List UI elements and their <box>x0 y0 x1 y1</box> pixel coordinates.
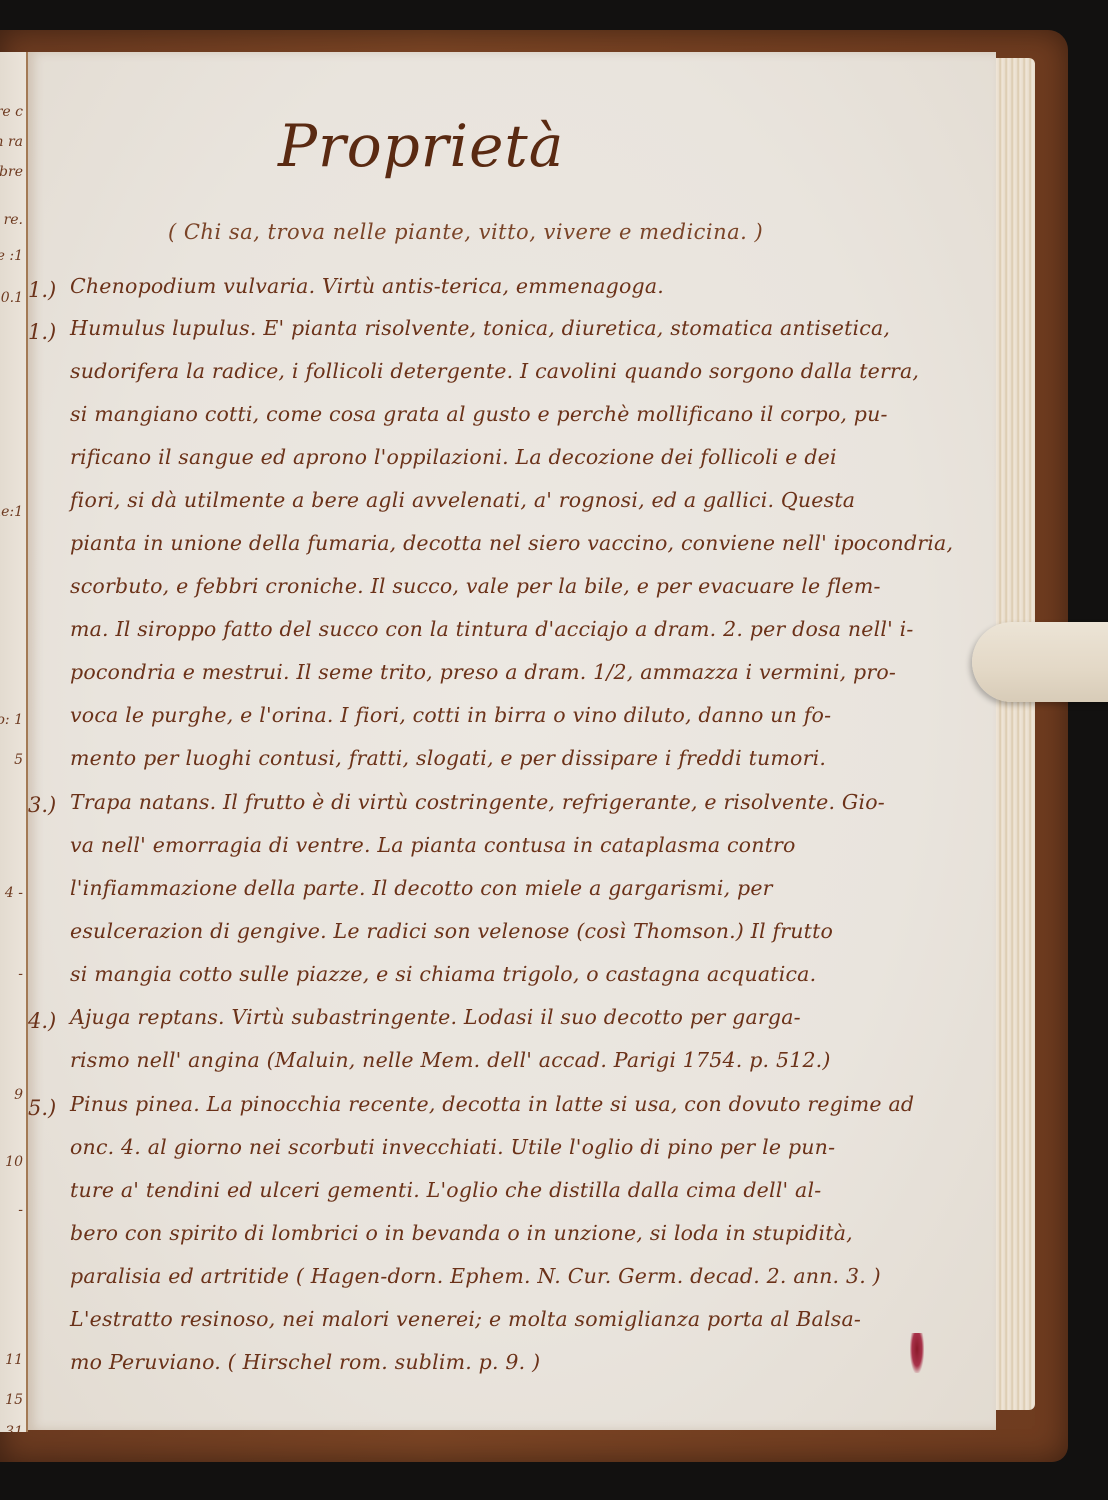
text-line: L'estratto resinoso, nei malori venerei;… <box>70 1307 861 1331</box>
margin-fragment: le :1 <box>0 248 23 264</box>
text-line: mo Peruviano. ( Hirschel rom. sublim. p.… <box>70 1350 540 1374</box>
margin-fragment: 15 <box>5 1392 23 1408</box>
text-line: va nell' emorragia di ventre. La pianta … <box>70 833 796 857</box>
text-line: si mangiano cotti, come cosa grata al gu… <box>70 402 888 426</box>
manuscript-page: Proprietà ( Chi sa, trova nelle piante, … <box>28 52 996 1430</box>
text-line: scorbuto, e febbri croniche. Il succo, v… <box>70 574 881 598</box>
left-page-margin: re c n ra nbre re. le :1 10.1 ne:1 o: 1 … <box>0 52 28 1432</box>
entry-number: 1.) <box>28 278 56 302</box>
margin-fragment: re c <box>0 104 23 120</box>
margin-fragment: 9 <box>14 1087 23 1103</box>
text-line: pianta in unione della fumaria, decotta … <box>70 531 953 555</box>
entry-number: 1.) <box>28 320 56 344</box>
text-line: si mangia cotto sulle piazze, e si chiam… <box>70 962 816 986</box>
text-line: rificano il sangue ed aprono l'oppilazio… <box>70 445 837 469</box>
text-line: rismo nell' angina (Maluin, nelle Mem. d… <box>70 1048 831 1072</box>
margin-fragment: o: 1 <box>0 712 23 728</box>
text-line: sudorifera la radice, i follicoli deterg… <box>70 359 919 383</box>
margin-fragment: nbre <box>0 164 23 180</box>
margin-fragment: 10 <box>5 1154 23 1170</box>
ink-stain <box>910 1333 924 1373</box>
margin-fragment: - <box>18 1202 23 1218</box>
text-line: pocondria e mestrui. Il seme trito, pres… <box>70 660 896 684</box>
text-line: fiori, si dà utilmente a bere agli avvel… <box>70 488 855 512</box>
margin-fragment: 11 <box>5 1352 23 1368</box>
margin-fragment: 31 <box>5 1424 23 1432</box>
text-line: voca le purghe, e l'orina. I fiori, cott… <box>70 703 831 727</box>
text-line: ma. Il siroppo fatto del succo con la ti… <box>70 617 914 641</box>
text-line: Pinus pinea. La pinocchia recente, decot… <box>70 1092 914 1116</box>
text-line: ture a' tendini ed ulceri gementi. L'ogl… <box>70 1178 821 1202</box>
text-line: Chenopodium vulvaria. Virtù antis-terica… <box>70 274 664 298</box>
margin-fragment: ne:1 <box>0 504 23 520</box>
text-line: Ajuga reptans. Virtù subastringente. Lod… <box>70 1005 801 1029</box>
text-line: paralisia ed artritide ( Hagen-dorn. Eph… <box>70 1264 881 1288</box>
text-line: esulcerazion di gengive. Le radici son v… <box>70 919 833 943</box>
page-title: Proprietà <box>278 112 564 180</box>
text-line: l'infiammazione della parte. Il decotto … <box>70 876 773 900</box>
margin-fragment: 10.1 <box>0 290 23 306</box>
margin-fragment: re. <box>4 212 23 228</box>
entry-number: 4.) <box>28 1009 56 1033</box>
text-line: Humulus lupulus. E' pianta risolvente, t… <box>70 316 890 340</box>
page-motto: ( Chi sa, trova nelle piante, vitto, viv… <box>168 220 763 244</box>
text-line: mento per luoghi contusi, fratti, slogat… <box>70 746 826 770</box>
margin-fragment: n ra <box>0 134 23 150</box>
margin-fragment: 5 <box>14 752 23 768</box>
bone-bookmark <box>972 622 1108 702</box>
entry-number: 3.) <box>28 793 56 817</box>
text-line: bero con spirito di lombrici o in bevand… <box>70 1221 853 1245</box>
margin-fragment: 4 - <box>5 885 23 901</box>
margin-fragment: - <box>18 966 23 982</box>
page-edges <box>990 58 1035 1410</box>
text-line: Trapa natans. Il frutto è di virtù costr… <box>70 790 885 814</box>
entry-number: 5.) <box>28 1096 56 1120</box>
text-line: onc. 4. al giorno nei scorbuti invecchia… <box>70 1135 835 1159</box>
